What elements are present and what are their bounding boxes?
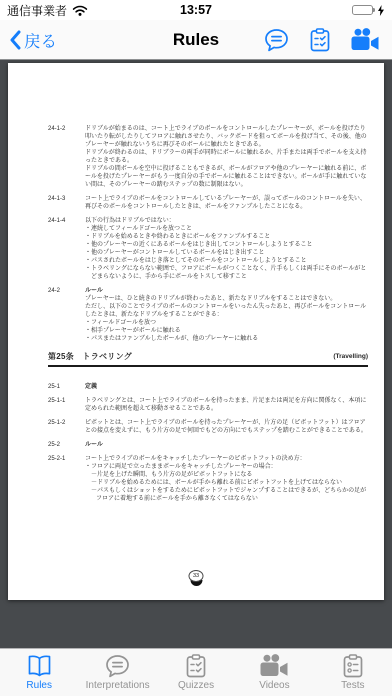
back-label: 戻る — [24, 28, 57, 52]
section-heading-title: 第25条 トラベリング — [48, 353, 132, 361]
video-camera-icon — [350, 27, 380, 52]
tab-label: Videos — [259, 680, 289, 691]
rule-text: ピボットとは、コート上でライブのボールを持ったプレーヤーが、片方の足（ピボットフ… — [85, 419, 368, 435]
rule-number: 24-1-2 — [48, 125, 85, 189]
tab-label: Quizzes — [178, 680, 214, 691]
rule-text: ルール — [85, 441, 368, 449]
rule-label: ルール — [85, 287, 368, 295]
pdf-sections: 24-1-2ドリブルが始まるのは、コート上でライブのボールをコントロールしたプレ… — [48, 125, 368, 503]
rule-number: 24-2 — [48, 287, 85, 343]
rule-item: 25-2ルール — [48, 441, 368, 449]
rule-number: 24-1-3 — [48, 195, 85, 211]
carrier-label: 通信事業者 — [7, 2, 67, 19]
charging-bolt-icon — [377, 5, 385, 16]
rule-item: 24-1-4以下の行為はドリブルではない：・連続してフィールドゴールを放つこと・… — [48, 217, 368, 281]
rule-text: ドリブルが始まるのは、コート上でライブのボールをコントロールしたプレーヤーが、ボ… — [85, 125, 368, 189]
clipboard-check-icon — [307, 27, 333, 53]
nav-actions — [263, 27, 392, 53]
section-heading: 第25条 トラベリング(Travelling) — [48, 353, 368, 367]
video-camera-icon — [259, 653, 289, 678]
rule-item: 25-1-2ピボットとは、コート上でライブのボールを持ったプレーヤーが、片方の足… — [48, 419, 368, 435]
battery-icon — [352, 5, 375, 16]
pdf-page: 24-1-2ドリブルが始まるのは、コート上でライブのボールをコントロールしたプレ… — [8, 63, 384, 600]
rule-text: ルールプレーヤーは、ひと続きのドリブルが終わったあと、新たなドリブルをすることは… — [85, 287, 368, 343]
clipboard-check-icon — [183, 653, 209, 678]
speech-bubble-icon — [104, 653, 131, 678]
back-button[interactable]: 戻る — [0, 28, 57, 52]
rule-text: トラベリングとは、コート上でライブのボールを持ったまま、片足または両足を方向に関… — [85, 397, 368, 413]
tab-quizzes[interactable]: Quizzes — [157, 649, 235, 696]
pdf-viewer[interactable]: 24-1-2ドリブルが始まるのは、コート上でライブのボールをコントロールしたプレ… — [0, 60, 392, 648]
rule-item: 24-1-3コート上でライブのボールをコントロールしているプレーヤーが、誤ってボ… — [48, 195, 368, 211]
rule-number: 25-1-2 — [48, 419, 85, 435]
rule-number: 25-2 — [48, 441, 85, 449]
tab-label: Rules — [26, 680, 52, 691]
page-number-badge: 33 — [189, 570, 204, 586]
tab-label: Interpretations — [86, 680, 150, 691]
app-window: 通信事業者 13:57 — [0, 0, 392, 696]
section-heading-english: (Travelling) — [333, 353, 368, 361]
rule-number: 25-2-1 — [48, 455, 85, 503]
rule-number: 25-1 — [48, 383, 85, 391]
rule-text: コート上でライブのボールをキャッチしたプレーヤーのピボットフットの決め方：・フロ… — [85, 455, 368, 503]
rule-number: 25-1-1 — [48, 397, 85, 413]
quizzes-button[interactable] — [307, 27, 333, 53]
book-icon — [26, 653, 53, 678]
tab-interpretations[interactable]: Interpretations — [78, 649, 156, 696]
rule-item: 24-2ルールプレーヤーは、ひと続きのドリブルが終わったあと、新たなドリブルをす… — [48, 287, 368, 343]
tab-label: Tests — [341, 680, 364, 691]
rule-item: 25-2-1コート上でライブのボールをキャッチしたプレーヤーのピボットフットの決… — [48, 455, 368, 503]
tab-tests[interactable]: Tests — [314, 649, 392, 696]
tab-videos[interactable]: Videos — [235, 649, 313, 696]
rule-item: 25-1定義 — [48, 383, 368, 391]
rule-item: 25-1-1トラベリングとは、コート上でライブのボールを持ったまま、片足または両… — [48, 397, 368, 413]
wifi-icon — [72, 5, 88, 16]
rule-text: 定義 — [85, 383, 368, 391]
tab-rules[interactable]: Rules — [0, 649, 78, 696]
rule-label: 定義 — [85, 383, 368, 391]
rule-number: 24-1-4 — [48, 217, 85, 281]
status-bar: 通信事業者 13:57 — [0, 0, 392, 20]
rule-text: 以下の行為はドリブルではない：・連続してフィールドゴールを放つこと・ドリブルを始… — [85, 217, 368, 281]
tab-bar: RulesInterpretationsQuizzesVideosTests — [0, 648, 392, 696]
nav-bar: 戻る Rules — [0, 20, 392, 60]
rule-item: 24-1-2ドリブルが始まるのは、コート上でライブのボールをコントロールしたプレ… — [48, 125, 368, 189]
videos-button[interactable] — [350, 27, 380, 52]
interpretations-button[interactable] — [263, 27, 290, 53]
speech-bubble-icon — [263, 27, 290, 53]
clipboard-list-icon — [340, 653, 366, 678]
rule-label: ルール — [85, 441, 368, 449]
page-number: 33 — [189, 570, 204, 582]
chevron-left-icon — [9, 30, 21, 50]
rule-text: コート上でライブのボールをコントロールしているプレーヤーが、誤ってボールのコント… — [85, 195, 368, 211]
